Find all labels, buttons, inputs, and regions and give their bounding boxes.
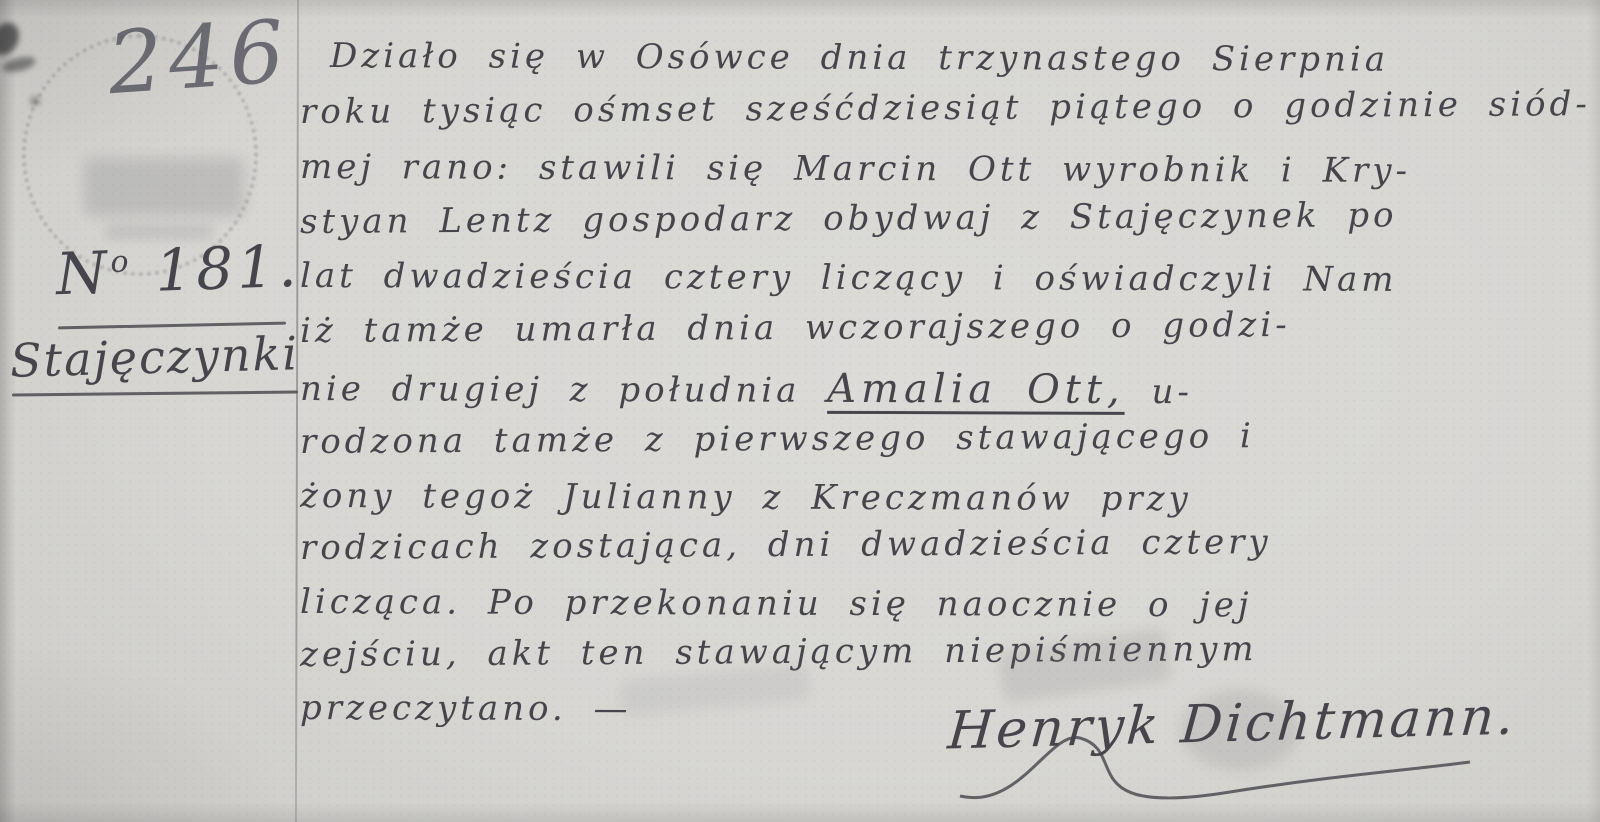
manuscript-line: rodzicach zostająca, dni dwadzieścia czt… <box>300 522 1272 568</box>
margin-annotation-underline <box>12 391 298 397</box>
act-number-prefix: N <box>55 238 112 308</box>
scan-edge-mark <box>1 54 37 75</box>
manuscript-line: styan Lentz gospodarz obydwaj z Stajęczy… <box>300 195 1398 242</box>
scan-edge-mark <box>0 18 24 60</box>
manuscript-line: mej rano: stawili się Marcin Ott wyrobni… <box>300 147 1411 191</box>
act-number: No 181. <box>55 232 302 308</box>
scan-edge-mark <box>30 96 40 106</box>
manuscript-line: licząca. Po przekonaniu się naocznie o j… <box>300 582 1253 625</box>
margin-place-annotation: Stajęczynki <box>9 326 299 388</box>
line-pre-text: nie drugiej z południa <box>300 369 827 411</box>
act-number-value: 181. <box>132 232 302 306</box>
manuscript-line: żony tegoż Julianny z Kreczmanów przy <box>300 476 1192 519</box>
scanned-death-record-page: 246 No 181. Stajęczynki Działo się w Osó… <box>0 0 1600 822</box>
manuscript-line: lat dwadzieścia cztery liczący i oświadc… <box>300 256 1398 300</box>
manuscript-line: przeczytano. — <box>300 688 632 729</box>
manuscript-line: Działo się w Osówce dnia trzynastego Sie… <box>330 36 1389 80</box>
deceased-name-underlined: Amalia Ott, <box>827 366 1125 413</box>
manuscript-line: iż tamże umarła dnia wczorajszego o godz… <box>300 305 1291 351</box>
margin-vertical-rule <box>295 0 299 822</box>
manuscript-line: roku tysiąc ośmset sześćdziesiąt piątego… <box>300 84 1591 132</box>
manuscript-line-with-name: nie drugiej z południa Amalia Ott, u- <box>300 364 1193 413</box>
line-post-text: u- <box>1125 372 1193 412</box>
manuscript-line: rodzona tamże z pierwszego stawającego i <box>300 416 1255 462</box>
stamp-smudge <box>84 158 244 216</box>
act-number-sup: o <box>110 244 133 280</box>
page-number-pencil: 246 <box>105 2 294 114</box>
